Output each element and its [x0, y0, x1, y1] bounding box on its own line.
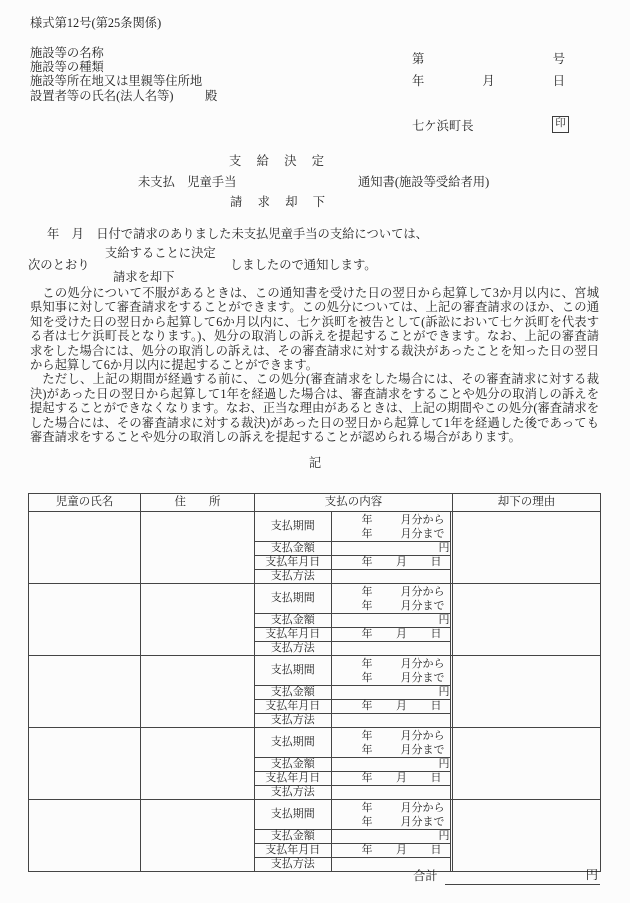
payment-date-line: 年 月 日: [332, 772, 450, 785]
payment-amount-value: 円: [331, 758, 450, 772]
payment-date-value: 年 月 日: [331, 628, 450, 642]
payment-method-label: 支払方法: [255, 786, 331, 800]
addressee-block: 施設等の名称 施設等の種類 施設等所在地又は里親等住所地 設置者等の氏名(法人名…: [30, 46, 202, 103]
total-yen-unit: 円: [586, 868, 598, 882]
payment-period-label: 支払期間: [255, 728, 331, 758]
period-to-line: 年 月分まで: [332, 743, 450, 757]
payment-period-value: 年 月分から 年 月分まで: [331, 800, 450, 830]
document-page: 様式第12号(第25条関係) 施設等の名称 施設等の種類 施設等所在地又は里親等…: [0, 0, 630, 903]
address-cell: [141, 584, 255, 656]
payment-amount-label: 支払金額: [255, 542, 331, 556]
pay-date-month: 月: [396, 628, 407, 641]
child-name-cell: [29, 800, 141, 872]
payment-detail-table: 支払期間 年 月分から 年 月分まで: [255, 656, 451, 727]
period-from-line: 年 月分から: [332, 513, 450, 527]
payment-period-label: 支払期間: [255, 584, 331, 614]
payment-table: 児童の氏名 住 所 支払の内容 却下の理由 支払期間 年: [28, 493, 601, 872]
pay-date-year: 年: [362, 844, 373, 857]
payment-amount-value: 円: [331, 542, 450, 556]
payment-amount-row: 支払金額 円: [255, 542, 450, 556]
payment-amount-label: 支払金額: [255, 614, 331, 628]
payment-date-row: 支払年月日 年 月 日: [255, 628, 450, 642]
child-name-cell: [29, 584, 141, 656]
period-from-line: 年 月分から: [332, 729, 450, 743]
payment-method-label: 支払方法: [255, 858, 331, 872]
pay-date-month: 月: [396, 844, 407, 857]
payment-period-label: 支払期間: [255, 800, 331, 830]
period-from-line: 年 月分から: [332, 585, 450, 599]
payment-content-cell: 支払期間 年 月分から 年 月分まで: [255, 656, 453, 728]
payment-content-cell: 支払期間 年 月分から 年 月分まで: [255, 728, 453, 800]
payment-amount-label: 支払金額: [255, 830, 331, 844]
period-to-year: 年: [362, 743, 373, 757]
doc-number-prefix: 第: [412, 52, 424, 66]
date-month-label: 月: [482, 74, 494, 88]
opening-option-decided: 支給することに決定: [105, 246, 216, 260]
period-from-year: 年: [362, 657, 373, 671]
payment-date-value: 年 月 日: [331, 772, 450, 786]
pay-date-month: 月: [396, 772, 407, 785]
document-number-line: 第 号: [412, 52, 565, 66]
period-from-suffix: 月分から: [401, 657, 445, 671]
child-name-cell: [29, 656, 141, 728]
payment-date-label: 支払年月日: [255, 772, 331, 786]
title-notice-name: 通知書(施設等受給者用): [358, 175, 489, 189]
table-header-row: 児童の氏名 住 所 支払の内容 却下の理由: [29, 494, 601, 512]
seal-mark: 印: [552, 116, 569, 133]
pay-date-day: 日: [431, 556, 442, 569]
table-row: 支払期間 年 月分から 年 月分まで: [29, 728, 601, 800]
facility-address-label: 施設等所在地又は里親等住所地: [30, 74, 202, 88]
payment-amount-label: 支払金額: [255, 686, 331, 700]
payment-detail-table: 支払期間 年 月分から 年 月分まで: [255, 584, 451, 655]
address-cell: [141, 656, 255, 728]
payment-date-line: 年 月 日: [332, 700, 450, 713]
honorific-dono: 殿: [205, 89, 217, 103]
pay-date-year: 年: [362, 772, 373, 785]
payment-date-label: 支払年月日: [255, 628, 331, 642]
period-to-line: 年 月分まで: [332, 527, 450, 541]
period-to-year: 年: [362, 671, 373, 685]
appeal-notice-paragraph-2: ただし、上記の期間が経過する前に、この処分(審査請求をした場合には、その審査請求…: [30, 372, 599, 444]
doc-number-suffix: 号: [553, 52, 565, 66]
payment-period-row: 支払期間 年 月分から 年 月分まで: [255, 728, 450, 758]
payment-amount-row: 支払金額 円: [255, 830, 450, 844]
payment-amount-row: 支払金額 円: [255, 686, 450, 700]
period-to-line: 年 月分まで: [332, 671, 450, 685]
payment-period-row: 支払期間 年 月分から 年 月分まで: [255, 800, 450, 830]
issue-date-line: 年 月 日: [412, 74, 565, 88]
table-row: 支払期間 年 月分から 年 月分まで: [29, 512, 601, 584]
payment-amount-value: 円: [331, 614, 450, 628]
payment-method-value: [331, 786, 450, 800]
period-from-line: 年 月分から: [332, 657, 450, 671]
period-to-year: 年: [362, 599, 373, 613]
rejection-reason-cell: [453, 584, 601, 656]
date-day-label: 日: [553, 74, 565, 88]
child-name-cell: [29, 728, 141, 800]
address-cell: [141, 800, 255, 872]
payment-date-line: 年 月 日: [332, 844, 450, 857]
yen-unit: 円: [439, 614, 450, 626]
payment-method-row: 支払方法: [255, 570, 450, 584]
period-to-suffix: 月分まで: [401, 743, 445, 757]
period-from-suffix: 月分から: [401, 585, 445, 599]
payment-date-label: 支払年月日: [255, 844, 331, 858]
payment-detail-table: 支払期間 年 月分から 年 月分まで: [255, 728, 451, 799]
payment-content-cell: 支払期間 年 月分から 年 月分まで: [255, 512, 453, 584]
header-rejection-reason: 却下の理由: [453, 494, 601, 512]
payment-amount-row: 支払金額 円: [255, 614, 450, 628]
period-from-year: 年: [362, 585, 373, 599]
payment-amount-value: 円: [331, 830, 450, 844]
opening-date-sentence: 年 月 日付で請求のありました未支払児童手当の支給については、: [47, 227, 428, 241]
payment-period-value: 年 月分から 年 月分まで: [331, 512, 450, 542]
payment-period-label: 支払期間: [255, 512, 331, 542]
header-payment-content: 支払の内容: [255, 494, 453, 512]
pay-date-day: 日: [431, 700, 442, 713]
payment-method-row: 支払方法: [255, 786, 450, 800]
payment-date-row: 支払年月日 年 月 日: [255, 700, 450, 714]
ki-marker: 記: [0, 456, 630, 470]
header-address: 住 所: [141, 494, 255, 512]
payment-method-row: 支払方法: [255, 642, 450, 656]
table-row: 支払期間 年 月分から 年 月分まで: [29, 800, 601, 872]
opening-tail: しましたので通知します。: [230, 258, 377, 272]
payment-period-value: 年 月分から 年 月分まで: [331, 656, 450, 686]
address-cell: [141, 728, 255, 800]
pay-date-year: 年: [362, 700, 373, 713]
title-unpaid-child-allowance: 未支払 児童手当: [138, 175, 236, 189]
period-from-year: 年: [362, 801, 373, 815]
payment-period-label: 支払期間: [255, 656, 331, 686]
payment-period-row: 支払期間 年 月分から 年 月分まで: [255, 512, 450, 542]
rejection-reason-cell: [453, 512, 601, 584]
payment-amount-row: 支払金額 円: [255, 758, 450, 772]
table-row: 支払期間 年 月分から 年 月分まで: [29, 656, 601, 728]
period-from-year: 年: [362, 513, 373, 527]
yen-unit: 円: [439, 686, 450, 698]
pay-date-day: 日: [431, 628, 442, 641]
payment-date-label: 支払年月日: [255, 556, 331, 570]
payment-amount-value: 円: [331, 686, 450, 700]
payment-date-line: 年 月 日: [332, 628, 450, 641]
pay-date-day: 日: [431, 844, 442, 857]
form-number: 様式第12号(第25条関係): [30, 16, 161, 30]
period-to-suffix: 月分まで: [401, 671, 445, 685]
payment-date-label: 支払年月日: [255, 700, 331, 714]
pay-date-month: 月: [396, 700, 407, 713]
period-to-suffix: 月分まで: [401, 527, 445, 541]
opening-lead: 次のとおり: [28, 258, 90, 272]
header-child-name: 児童の氏名: [29, 494, 141, 512]
founder-name-label: 設置者等の氏名(法人名等): [30, 89, 202, 103]
payment-period-row: 支払期間 年 月分から 年 月分まで: [255, 584, 450, 614]
payment-detail-table: 支払期間 年 月分から 年 月分まで: [255, 512, 451, 583]
period-from-suffix: 月分から: [401, 801, 445, 815]
appeal-notice-paragraph-1: この処分について不服があるときは、この通知書を受けた日の翌日から起算して3か月以…: [30, 286, 599, 372]
title-option-claim-rejected: 請 求 却 下: [230, 195, 327, 209]
yen-unit: 円: [439, 758, 450, 770]
payment-method-value: [331, 570, 450, 584]
appeal-notice: この処分について不服があるときは、この通知書を受けた日の翌日から起算して3か月以…: [30, 286, 599, 444]
total-amount-line: 円: [445, 868, 600, 885]
payment-date-line: 年 月 日: [332, 556, 450, 569]
period-from-suffix: 月分から: [401, 513, 445, 527]
period-from-line: 年 月分から: [332, 801, 450, 815]
period-from-suffix: 月分から: [401, 729, 445, 743]
payment-content-cell: 支払期間 年 月分から 年 月分まで: [255, 584, 453, 656]
facility-name-label: 施設等の名称: [30, 46, 202, 60]
payment-period-value: 年 月分から 年 月分まで: [331, 584, 450, 614]
title-option-payment-decided: 支 給 決 定: [229, 154, 326, 168]
payment-amount-label: 支払金額: [255, 758, 331, 772]
payment-method-label: 支払方法: [255, 642, 331, 656]
period-to-year: 年: [362, 815, 373, 829]
payment-table-body: 支払期間 年 月分から 年 月分まで: [29, 512, 601, 872]
rejection-reason-cell: [453, 656, 601, 728]
period-to-line: 年 月分まで: [332, 815, 450, 829]
issuer-mayor: 七ケ浜町長: [412, 119, 474, 133]
period-from-year: 年: [362, 729, 373, 743]
payment-date-row: 支払年月日 年 月 日: [255, 772, 450, 786]
child-name-cell: [29, 512, 141, 584]
period-to-suffix: 月分まで: [401, 815, 445, 829]
period-to-line: 年 月分まで: [332, 599, 450, 613]
payment-method-label: 支払方法: [255, 714, 331, 728]
payment-method-row: 支払方法: [255, 714, 450, 728]
pay-date-year: 年: [362, 556, 373, 569]
period-to-suffix: 月分まで: [401, 599, 445, 613]
facility-type-label: 施設等の種類: [30, 60, 202, 74]
table-row: 支払期間 年 月分から 年 月分まで: [29, 584, 601, 656]
total-label: 合計: [413, 869, 438, 883]
payment-method-value: [331, 642, 450, 656]
payment-date-value: 年 月 日: [331, 556, 450, 570]
date-year-label: 年: [412, 74, 424, 88]
payment-period-row: 支払期間 年 月分から 年 月分まで: [255, 656, 450, 686]
pay-date-year: 年: [362, 628, 373, 641]
payment-date-row: 支払年月日 年 月 日: [255, 844, 450, 858]
payment-content-cell: 支払期間 年 月分から 年 月分まで: [255, 800, 453, 872]
rejection-reason-cell: [453, 728, 601, 800]
payment-date-value: 年 月 日: [331, 844, 450, 858]
period-to-year: 年: [362, 527, 373, 541]
payment-date-row: 支払年月日 年 月 日: [255, 556, 450, 570]
payment-period-value: 年 月分から 年 月分まで: [331, 728, 450, 758]
payment-date-value: 年 月 日: [331, 700, 450, 714]
pay-date-day: 日: [431, 772, 442, 785]
rejection-reason-cell: [453, 800, 601, 872]
payment-method-label: 支払方法: [255, 570, 331, 584]
yen-unit: 円: [439, 542, 450, 554]
address-cell: [141, 512, 255, 584]
opening-option-rejected: 請求を却下: [113, 270, 175, 284]
yen-unit: 円: [439, 830, 450, 842]
payment-detail-table: 支払期間 年 月分から 年 月分まで: [255, 800, 451, 871]
pay-date-month: 月: [396, 556, 407, 569]
payment-method-value: [331, 714, 450, 728]
